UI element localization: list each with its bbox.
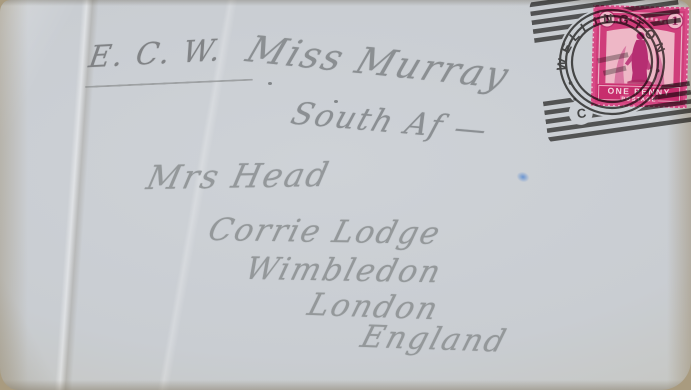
address-line-1: Mrs Head <box>143 155 334 197</box>
postmark-wellington: WELLINGTON C <box>517 0 691 157</box>
envelope-photo: E. C. W. Miss Murray South Af — Mrs Head… <box>0 0 691 390</box>
address-line-2: Corrie Lodge <box>204 212 445 252</box>
pencil-speck <box>334 100 338 103</box>
address-line-5: England <box>357 319 512 360</box>
destination-line: South Af — <box>287 96 494 148</box>
address-line-3: Wimbledon <box>241 251 446 290</box>
notation-underline <box>85 79 253 88</box>
blue-ink-smudge <box>512 168 533 187</box>
notation-initials: E. C. W. <box>86 33 224 75</box>
pencil-speck <box>268 82 272 85</box>
addressee-line: Miss Murray <box>241 28 516 97</box>
